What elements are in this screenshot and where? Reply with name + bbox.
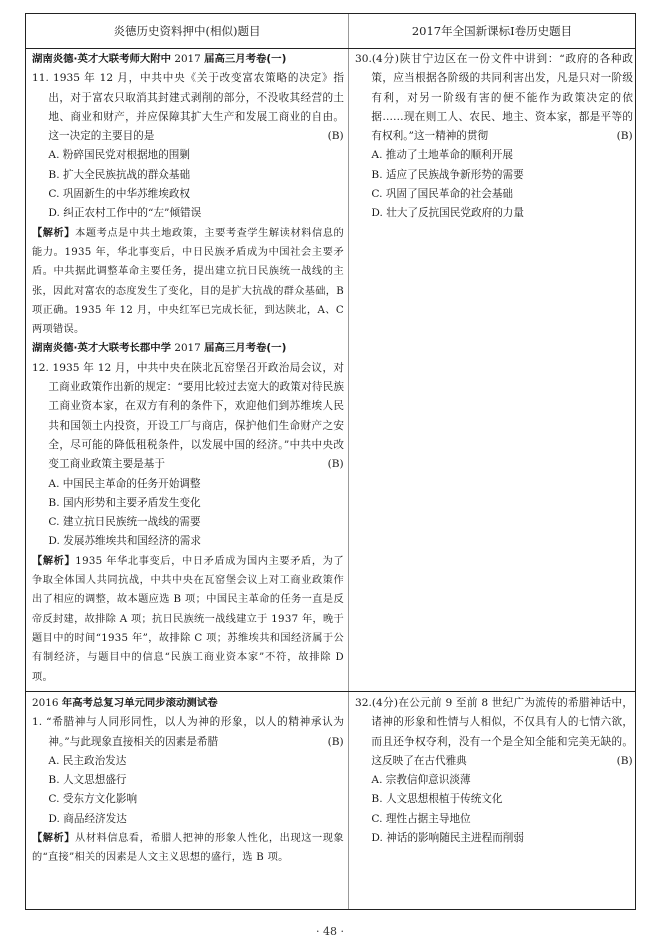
row-divider <box>26 691 635 692</box>
option-a: A. 推动了土地革命的顺利开展 <box>355 146 633 165</box>
page-number: · 48 · <box>0 925 660 938</box>
option-b: B. 适应了民族战争新形势的需要 <box>355 166 633 185</box>
option-b: B. 人文思想根植于传统文化 <box>355 790 633 809</box>
question-30: 30.(4分)陕甘宁边区在一份文件中讲到：“政府的各种政策，应当根据各阶级的共同… <box>355 50 633 146</box>
source-title: 湖南炎德·英才大联考长郡中学 2017 届高三月考卷(一) <box>32 339 344 358</box>
option-d: D. 发展苏维埃共和国经济的需求 <box>32 532 344 551</box>
option-c: C. 建立抗日民族统一战线的需要 <box>32 513 344 532</box>
option-c: C. 巩固新生的中华苏维埃政权 <box>32 185 344 204</box>
option-c: C. 巩固了国民革命的社会基础 <box>355 185 633 204</box>
question-11: 11. 1935 年 12 月，中共中央《关于改变富农策略的决定》指出，对于富农… <box>32 69 344 146</box>
source-title: 湖南炎德·英才大联考师大附中 2017 届高三月考卷(一) <box>32 50 344 69</box>
option-b: B. 人文思想盛行 <box>32 771 344 790</box>
option-d: D. 神话的影响随民主进程而削弱 <box>355 829 633 848</box>
option-a: A. 宗教信仰意识淡薄 <box>355 771 633 790</box>
option-c: C. 受东方文化影响 <box>32 790 344 809</box>
row1-right-cell: 30.(4分)陕甘宁边区在一份文件中讲到：“政府的各种政策，应当根据各阶级的共同… <box>355 50 633 224</box>
comparison-table: 炎德历史资料押中(相似)题目 2017年全国新课标Ⅰ卷历史题目 湖南炎德·英才大… <box>25 13 636 910</box>
option-b: B. 国内形势和主要矛盾发生变化 <box>32 494 344 513</box>
option-a: A. 中国民主革命的任务开始调整 <box>32 475 344 494</box>
row2-right-cell: 32.(4分)在公元前 9 至前 8 世纪广为流传的希腊神话中，诸神的形象和性情… <box>355 694 633 848</box>
column-divider <box>348 14 349 909</box>
header-right: 2017年全国新课标Ⅰ卷历史题目 <box>349 14 635 48</box>
option-d: D. 商品经济发达 <box>32 810 344 829</box>
question-32: 32.(4分)在公元前 9 至前 8 世纪广为流传的希腊神话中，诸神的形象和性情… <box>355 694 633 771</box>
question-1: 1. “希腊神与人同形同性，以人为神的形象，以人的精神承认为神。”与此现象直接相… <box>32 713 344 752</box>
row1-left-cell: 湖南炎德·英才大联考师大附中 2017 届高三月考卷(一) 11. 1935 年… <box>32 50 344 687</box>
option-a: A. 粉碎国民党对根据地的围剿 <box>32 146 344 165</box>
source-title: 2016 年高考总复习单元同步滚动测试卷 <box>32 694 344 713</box>
option-d: D. 纠正农村工作中的“左”倾错误 <box>32 204 344 223</box>
option-b: B. 扩大全民族抗战的群众基础 <box>32 166 344 185</box>
row2-left-cell: 2016 年高考总复习单元同步滚动测试卷 1. “希腊神与人同形同性，以人为神的… <box>32 694 344 868</box>
analysis: 【解析】从材料信息看，希腊人把神的形象人性化，出现这一现象的“直接”相关的因素是… <box>32 829 344 868</box>
analysis: 【解析】1935 年华北事变后，中日矛盾成为国内主要矛盾，为了争取全体国人共同抗… <box>32 552 344 687</box>
header-left: 炎德历史资料押中(相似)题目 <box>26 14 348 48</box>
table-header-row: 炎德历史资料押中(相似)题目 2017年全国新课标Ⅰ卷历史题目 <box>26 14 635 49</box>
question-12: 12. 1935 年 12 月，中共中央在陕北瓦窑堡召开政治局会议，对工商业政策… <box>32 359 344 475</box>
option-a: A. 民主政治发达 <box>32 752 344 771</box>
option-d: D. 壮大了反抗国民党政府的力量 <box>355 204 633 223</box>
analysis: 【解析】本题考点是中共土地政策，主要考查学生解读材料信息的能力。1935 年，华… <box>32 224 344 340</box>
option-c: C. 理性占据主导地位 <box>355 810 633 829</box>
